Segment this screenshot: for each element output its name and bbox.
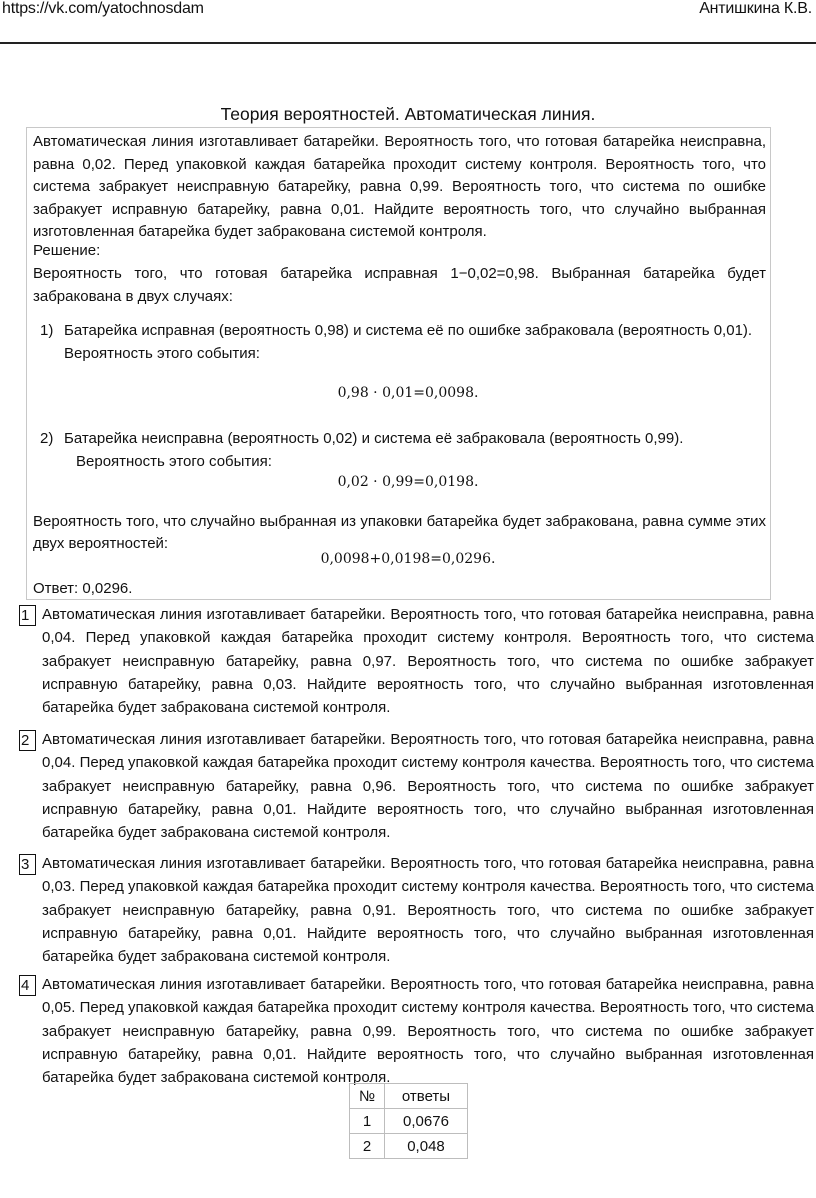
task-text: Автоматическая линия изготавливает батар… (42, 973, 814, 1089)
task-number-box: 2 (19, 730, 36, 751)
case-2-number: 2) (40, 428, 53, 451)
cell-answer: 0,048 (385, 1134, 468, 1159)
solution-label: Решение: (33, 240, 100, 263)
answers-table-header: № ответы (350, 1084, 468, 1109)
page-header-author: Антишкина К.В. (699, 0, 812, 18)
cell-number: 2 (350, 1134, 385, 1159)
solution-intro: Вероятность того, что готовая батарейка … (33, 262, 766, 308)
example-problem-text: Автоматическая линия изготавливает батар… (33, 131, 766, 244)
page-title: Теория вероятностей. Автоматическая лини… (0, 104, 816, 125)
cell-number: 1 (350, 1109, 385, 1134)
example-answer: Ответ: 0,0296. (33, 578, 132, 601)
task-number-box: 4 (19, 975, 36, 996)
case-1-text: Батарейка исправная (вероятность 0,98) и… (64, 320, 769, 343)
sum-text: Вероятность того, что случайно выбранная… (33, 511, 766, 555)
case-1-formula: 0,98 · 0,01=0,0098. (0, 385, 816, 401)
case-1-subtitle: Вероятность этого события: (64, 343, 260, 366)
answers-table: № ответы 1 0,0676 2 0,048 (349, 1083, 468, 1159)
task-number-box: 3 (19, 854, 36, 875)
case-1-number: 1) (40, 320, 53, 343)
case-2-text: Батарейка неисправна (вероятность 0,02) … (64, 428, 769, 451)
table-row: 1 0,0676 (350, 1109, 468, 1134)
header-cell-answers: ответы (385, 1084, 468, 1109)
sum-formula: 0,0098+0,0198=0,0296. (0, 551, 816, 567)
header-rule (0, 42, 816, 44)
header-cell-number: № (350, 1084, 385, 1109)
task-text: Автоматическая линия изготавливает батар… (42, 852, 814, 968)
task-text: Автоматическая линия изготавливает батар… (42, 728, 814, 844)
page-header-url: https://vk.com/yatochnosdam (2, 0, 204, 18)
table-row: 2 0,048 (350, 1134, 468, 1159)
cell-answer: 0,0676 (385, 1109, 468, 1134)
case-2-formula: 0,02 · 0,99=0,0198. (0, 474, 816, 490)
case-2-subtitle: Вероятность этого события: (76, 451, 272, 474)
task-text: Автоматическая линия изготавливает батар… (42, 603, 814, 719)
task-number-box: 1 (19, 605, 36, 626)
